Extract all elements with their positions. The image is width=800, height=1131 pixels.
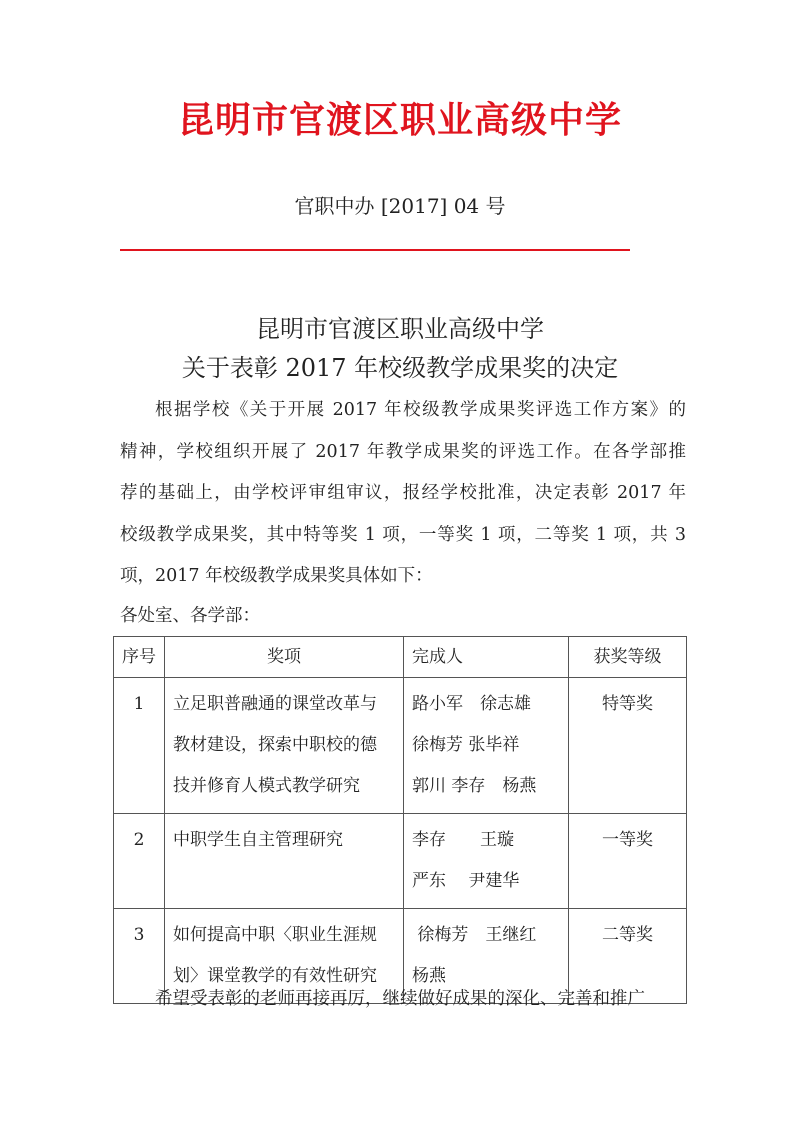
closing-line: 希望受表彰的老师再接再厉，继续做好成果的深化、完善和推广 (120, 989, 645, 1009)
header-grade: 获奖等级 (569, 637, 687, 678)
item-line: 教材建设，探索中职校的德 (173, 725, 395, 766)
body-line: 根据学校《关于开展 2017 年校级教学成果奖评选工作方案》的 (120, 390, 686, 432)
org-title: 昆明市官渡区职业高级中学 (0, 92, 800, 143)
red-divider (120, 249, 630, 251)
salutation: 各处室、各学部： (120, 602, 260, 627)
cell-no: 1 (114, 678, 165, 814)
closing-paragraph: 希望受表彰的老师再接再厉，继续做好成果的深化、完善和推广 (120, 985, 686, 1010)
people-line: 徐梅芳 张毕祥 (412, 725, 560, 766)
table-row: 2 中职学生自主管理研究 李存 王璇 严东 尹建华 一等奖 (114, 814, 687, 909)
item-line: 技并修育人模式教学研究 (173, 766, 395, 807)
people-line: 路小军 徐志雄 (412, 684, 560, 725)
table-header-row: 序号 奖项 完成人 获奖等级 (114, 637, 687, 678)
body-line: 校级教学成果奖，其中特等奖 1 项，一等奖 1 项，二等奖 1 项，共 3 (120, 515, 686, 557)
item-line: 中职学生自主管理研究 (173, 820, 395, 861)
header-no: 序号 (114, 637, 165, 678)
awards-table: 序号 奖项 完成人 获奖等级 1 立足职普融通的课堂改革与 教材建设，探索中职校… (113, 636, 687, 1004)
body-line: 荐的基础上，由学校评审组审议，报经学校批准，决定表彰 2017 年 (120, 473, 686, 515)
document-title-line2: 关于表彰 2017 年校级教学成果奖的决定 (0, 348, 800, 383)
header-people: 完成人 (404, 637, 569, 678)
body-paragraph: 根据学校《关于开展 2017 年校级教学成果奖评选工作方案》的 精神，学校组织开… (120, 390, 686, 598)
document-title-line1: 昆明市官渡区职业高级中学 (0, 309, 800, 344)
header-item: 奖项 (165, 637, 404, 678)
cell-item: 中职学生自主管理研究 (165, 814, 404, 909)
people-line: 李存 王璇 (412, 820, 560, 861)
cell-item: 立足职普融通的课堂改革与 教材建设，探索中职校的德 技并修育人模式教学研究 (165, 678, 404, 814)
body-line: 精神，学校组织开展了 2017 年教学成果奖的评选工作。在各学部推 (120, 432, 686, 474)
table-row: 1 立足职普融通的课堂改革与 教材建设，探索中职校的德 技并修育人模式教学研究 … (114, 678, 687, 814)
document-number: 官职中办 [2017] 04 号 (0, 190, 800, 219)
item-line: 立足职普融通的课堂改革与 (173, 684, 395, 725)
cell-grade: 特等奖 (569, 678, 687, 814)
cell-grade: 一等奖 (569, 814, 687, 909)
cell-people: 李存 王璇 严东 尹建华 (404, 814, 569, 909)
cell-people: 路小军 徐志雄 徐梅芳 张毕祥 郭川 李存 杨燕 (404, 678, 569, 814)
item-line: 如何提高中职〈职业生涯规 (173, 915, 395, 956)
body-line: 项，2017 年校级教学成果奖具体如下： (120, 556, 686, 598)
people-line: 郭川 李存 杨燕 (412, 766, 560, 807)
people-line: 徐梅芳 王继红 (412, 915, 560, 956)
cell-no: 2 (114, 814, 165, 909)
people-line: 严东 尹建华 (412, 861, 560, 902)
